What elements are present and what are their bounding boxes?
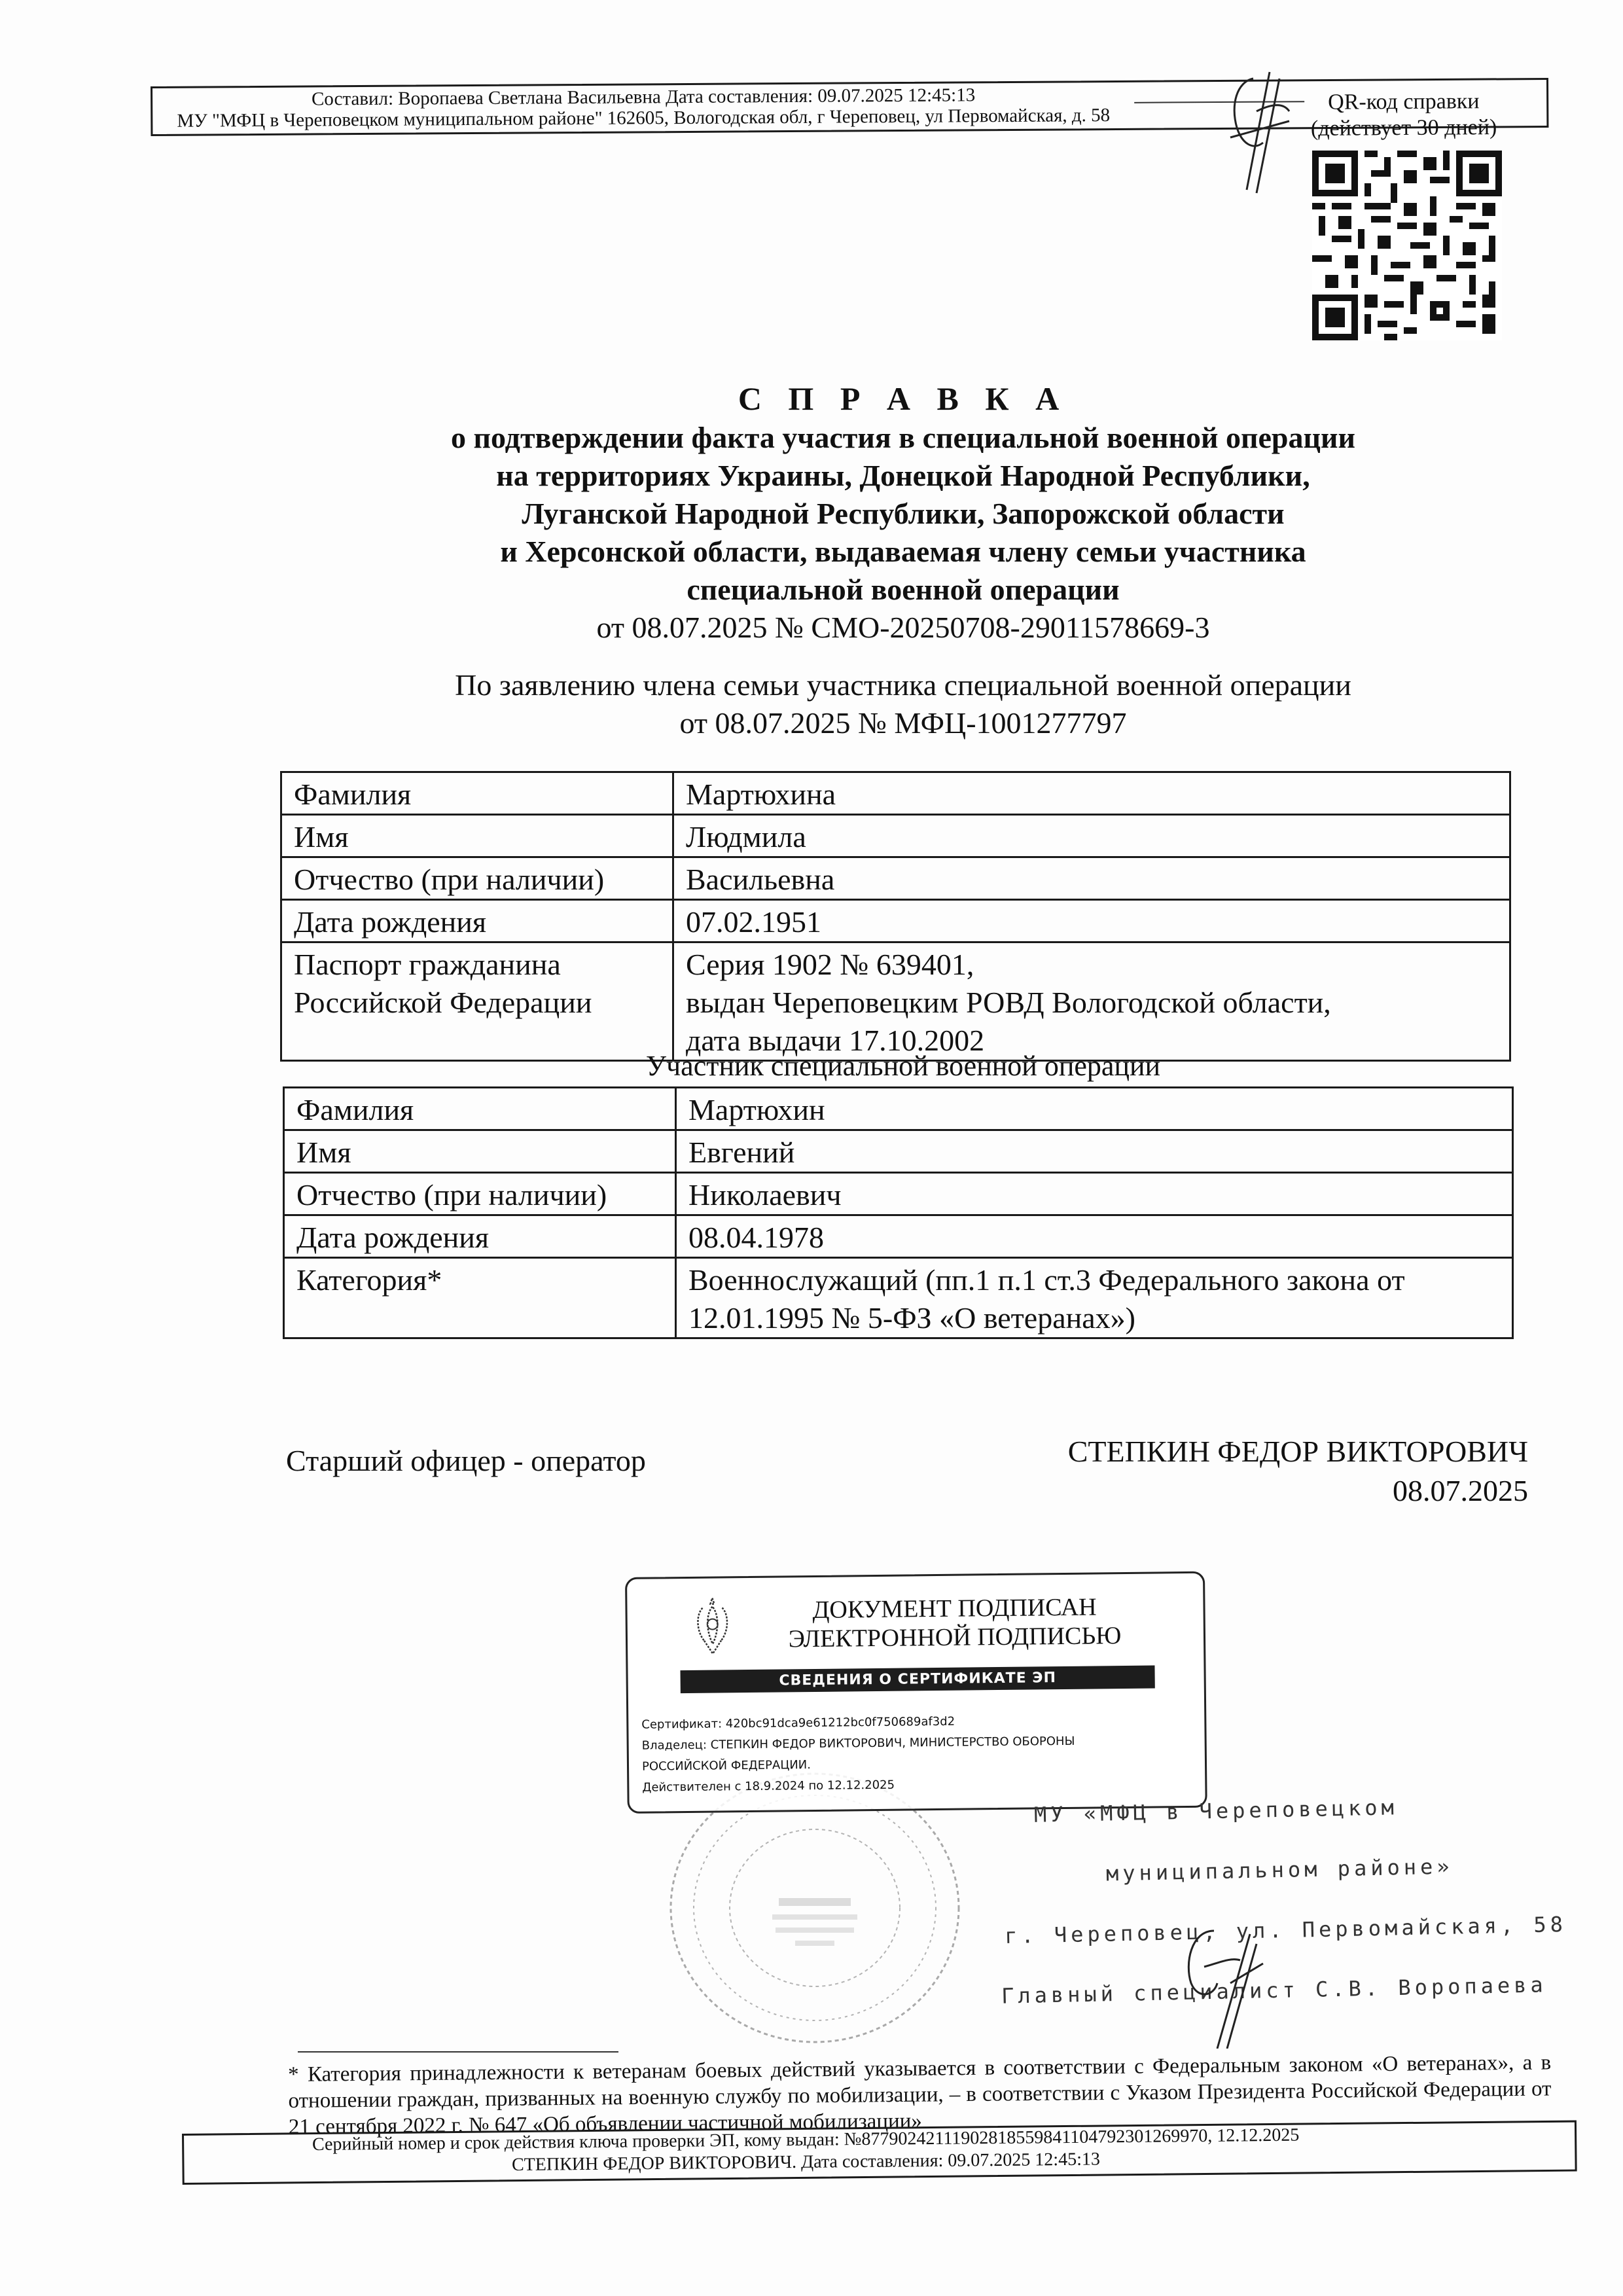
title-line-1: о подтверждении факта участия в специаль… xyxy=(249,419,1558,457)
signatory-role: Старший офицер - оператор xyxy=(286,1443,646,1478)
category-value-line-2: 12.01.1995 № 5-ФЗ «О ветеранах») xyxy=(688,1299,1500,1337)
row-value: 08.04.1978 xyxy=(676,1215,1513,1258)
passport-label-line-2: Российской Федерации xyxy=(294,984,660,1022)
signatory-date: 08.07.2025 xyxy=(1068,1471,1528,1511)
table-row: Отчество (при наличии) Васильевна xyxy=(281,857,1510,900)
qr-label-validity: (действует 30 дней) xyxy=(1296,115,1512,142)
row-label: Имя xyxy=(284,1130,676,1173)
esig-title: ДОКУМЕНТ ПОДПИСАН ЭЛЕКТРОННОЙ ПОДПИСЬЮ xyxy=(751,1592,1158,1653)
row-label: Имя xyxy=(281,815,673,857)
passport-label-line-1: Паспорт гражданина xyxy=(294,946,660,984)
passport-issuer: выдан Череповецким РОВД Вологодской обла… xyxy=(686,984,1497,1022)
row-label: Дата рождения xyxy=(281,900,673,942)
document-title: С П Р А В К А xyxy=(249,380,1558,418)
row-label: Дата рождения xyxy=(284,1215,676,1258)
footnote-separator xyxy=(298,2051,618,2053)
stamp-org-line-2: муниципальном районе» xyxy=(1106,1854,1454,1886)
table-row: Фамилия Мартюхин xyxy=(284,1088,1513,1130)
esig-title-line-1: ДОКУМЕНТ ПОДПИСАН xyxy=(751,1592,1157,1624)
table-row: Имя Евгений xyxy=(284,1130,1513,1173)
row-value: Евгений xyxy=(676,1130,1513,1173)
passport-label: Паспорт гражданина Российской Федерации xyxy=(281,942,673,1061)
title-line-4: и Херсонской области, выдаваемая члену с… xyxy=(249,533,1558,571)
certificate-id: Сертификат: 420bc91dca9e61212bc0f750689a… xyxy=(641,1715,955,1732)
certificate-owner-line-1: Владелец: СТЕПКИН ФЕДОР ВИКТОРОВИЧ, МИНИ… xyxy=(642,1734,1075,1753)
category-value-line-1: Военнослужащий (пп.1 п.1 ст.3 Федерально… xyxy=(688,1261,1500,1299)
category-label: Категория* xyxy=(284,1258,676,1338)
certificate-validity: Действителен с 18.9.2024 по 12.12.2025 xyxy=(642,1778,895,1795)
row-label: Отчество (при наличии) xyxy=(281,857,673,900)
table-row: Имя Людмила xyxy=(281,815,1510,857)
stamp-address: г. Череповец, ул. Первомайская, 58 xyxy=(1005,1912,1567,1948)
table-row: Дата рождения 08.04.1978 xyxy=(284,1215,1513,1258)
table-row: Отчество (при наличии) Николаевич xyxy=(284,1173,1513,1215)
esig-title-line-2: ЭЛЕКТРОННОЙ ПОДПИСЬЮ xyxy=(752,1621,1158,1653)
table-row-passport: Паспорт гражданина Российской Федерации … xyxy=(281,942,1510,1061)
row-value: Мартюхин xyxy=(676,1088,1513,1130)
application-number: от 08.07.2025 № МФЦ-1001277797 xyxy=(249,706,1558,740)
row-value: Николаевич xyxy=(676,1173,1513,1215)
certificate-info-header: СВЕДЕНИЯ О СЕРТИФИКАТЕ ЭП xyxy=(680,1666,1154,1694)
stamp-specialist: Главный специалист С.В. Воропаева xyxy=(1001,1972,1547,2008)
table-row-category: Категория* Военнослужащий (пп.1 п.1 ст.3… xyxy=(284,1258,1513,1338)
qr-code-label: QR-код справки (действует 30 дней) xyxy=(1296,88,1512,142)
certificate-number: от 08.07.2025 № СМО-20250708-29011578669… xyxy=(249,610,1558,645)
table-row: Фамилия Мартюхина xyxy=(281,772,1510,815)
certificate-owner-line-2: РОССИЙСКОЙ ФЕДЕРАЦИИ. xyxy=(642,1758,811,1774)
row-value: 07.02.1951 xyxy=(673,900,1510,942)
row-label: Фамилия xyxy=(284,1088,676,1130)
row-label: Фамилия xyxy=(281,772,673,815)
signature-underline xyxy=(1134,101,1304,103)
participant-table: Фамилия Мартюхин Имя Евгений Отчество (п… xyxy=(283,1086,1514,1339)
title-line-5: специальной военной операции xyxy=(249,571,1558,609)
qr-label-title: QR-код справки xyxy=(1296,88,1512,116)
participant-section-caption: Участник специальной военной операции xyxy=(281,1049,1525,1083)
signatory-block: СТЕПКИН ФЕДОР ВИКТОРОВИЧ 08.07.2025 xyxy=(1068,1432,1528,1511)
passport-series: Серия 1902 № 639401, xyxy=(686,946,1497,984)
row-value: Людмила xyxy=(673,815,1510,857)
signatory-name: СТЕПКИН ФЕДОР ВИКТОРОВИЧ xyxy=(1068,1432,1528,1471)
row-value: Васильевна xyxy=(673,857,1510,900)
row-value: Мартюхина xyxy=(673,772,1510,815)
application-line-1: По заявлению члена семьи участника специ… xyxy=(249,668,1558,702)
document-page: Составил: Воропаева Светлана Васильевна … xyxy=(0,0,1623,2296)
title-line-3: Луганской Народной Республики, Запорожск… xyxy=(249,495,1558,533)
qr-code-icon[interactable] xyxy=(1312,151,1502,340)
category-value: Военнослужащий (пп.1 п.1 ст.3 Федерально… xyxy=(676,1258,1513,1338)
electronic-signature-card: ДОКУМЕНТ ПОДПИСАН ЭЛЕКТРОННОЙ ПОДПИСЬЮ С… xyxy=(625,1571,1207,1814)
table-row: Дата рождения 07.02.1951 xyxy=(281,900,1510,942)
family-member-table: Фамилия Мартюхина Имя Людмила Отчество (… xyxy=(280,771,1511,1062)
title-line-2: на территориях Украины, Донецкой Народно… xyxy=(249,457,1558,495)
double-headed-eagle-icon xyxy=(689,1594,736,1657)
row-label: Отчество (при наличии) xyxy=(284,1173,676,1215)
passport-value: Серия 1902 № 639401, выдан Череповецким … xyxy=(673,942,1510,1061)
